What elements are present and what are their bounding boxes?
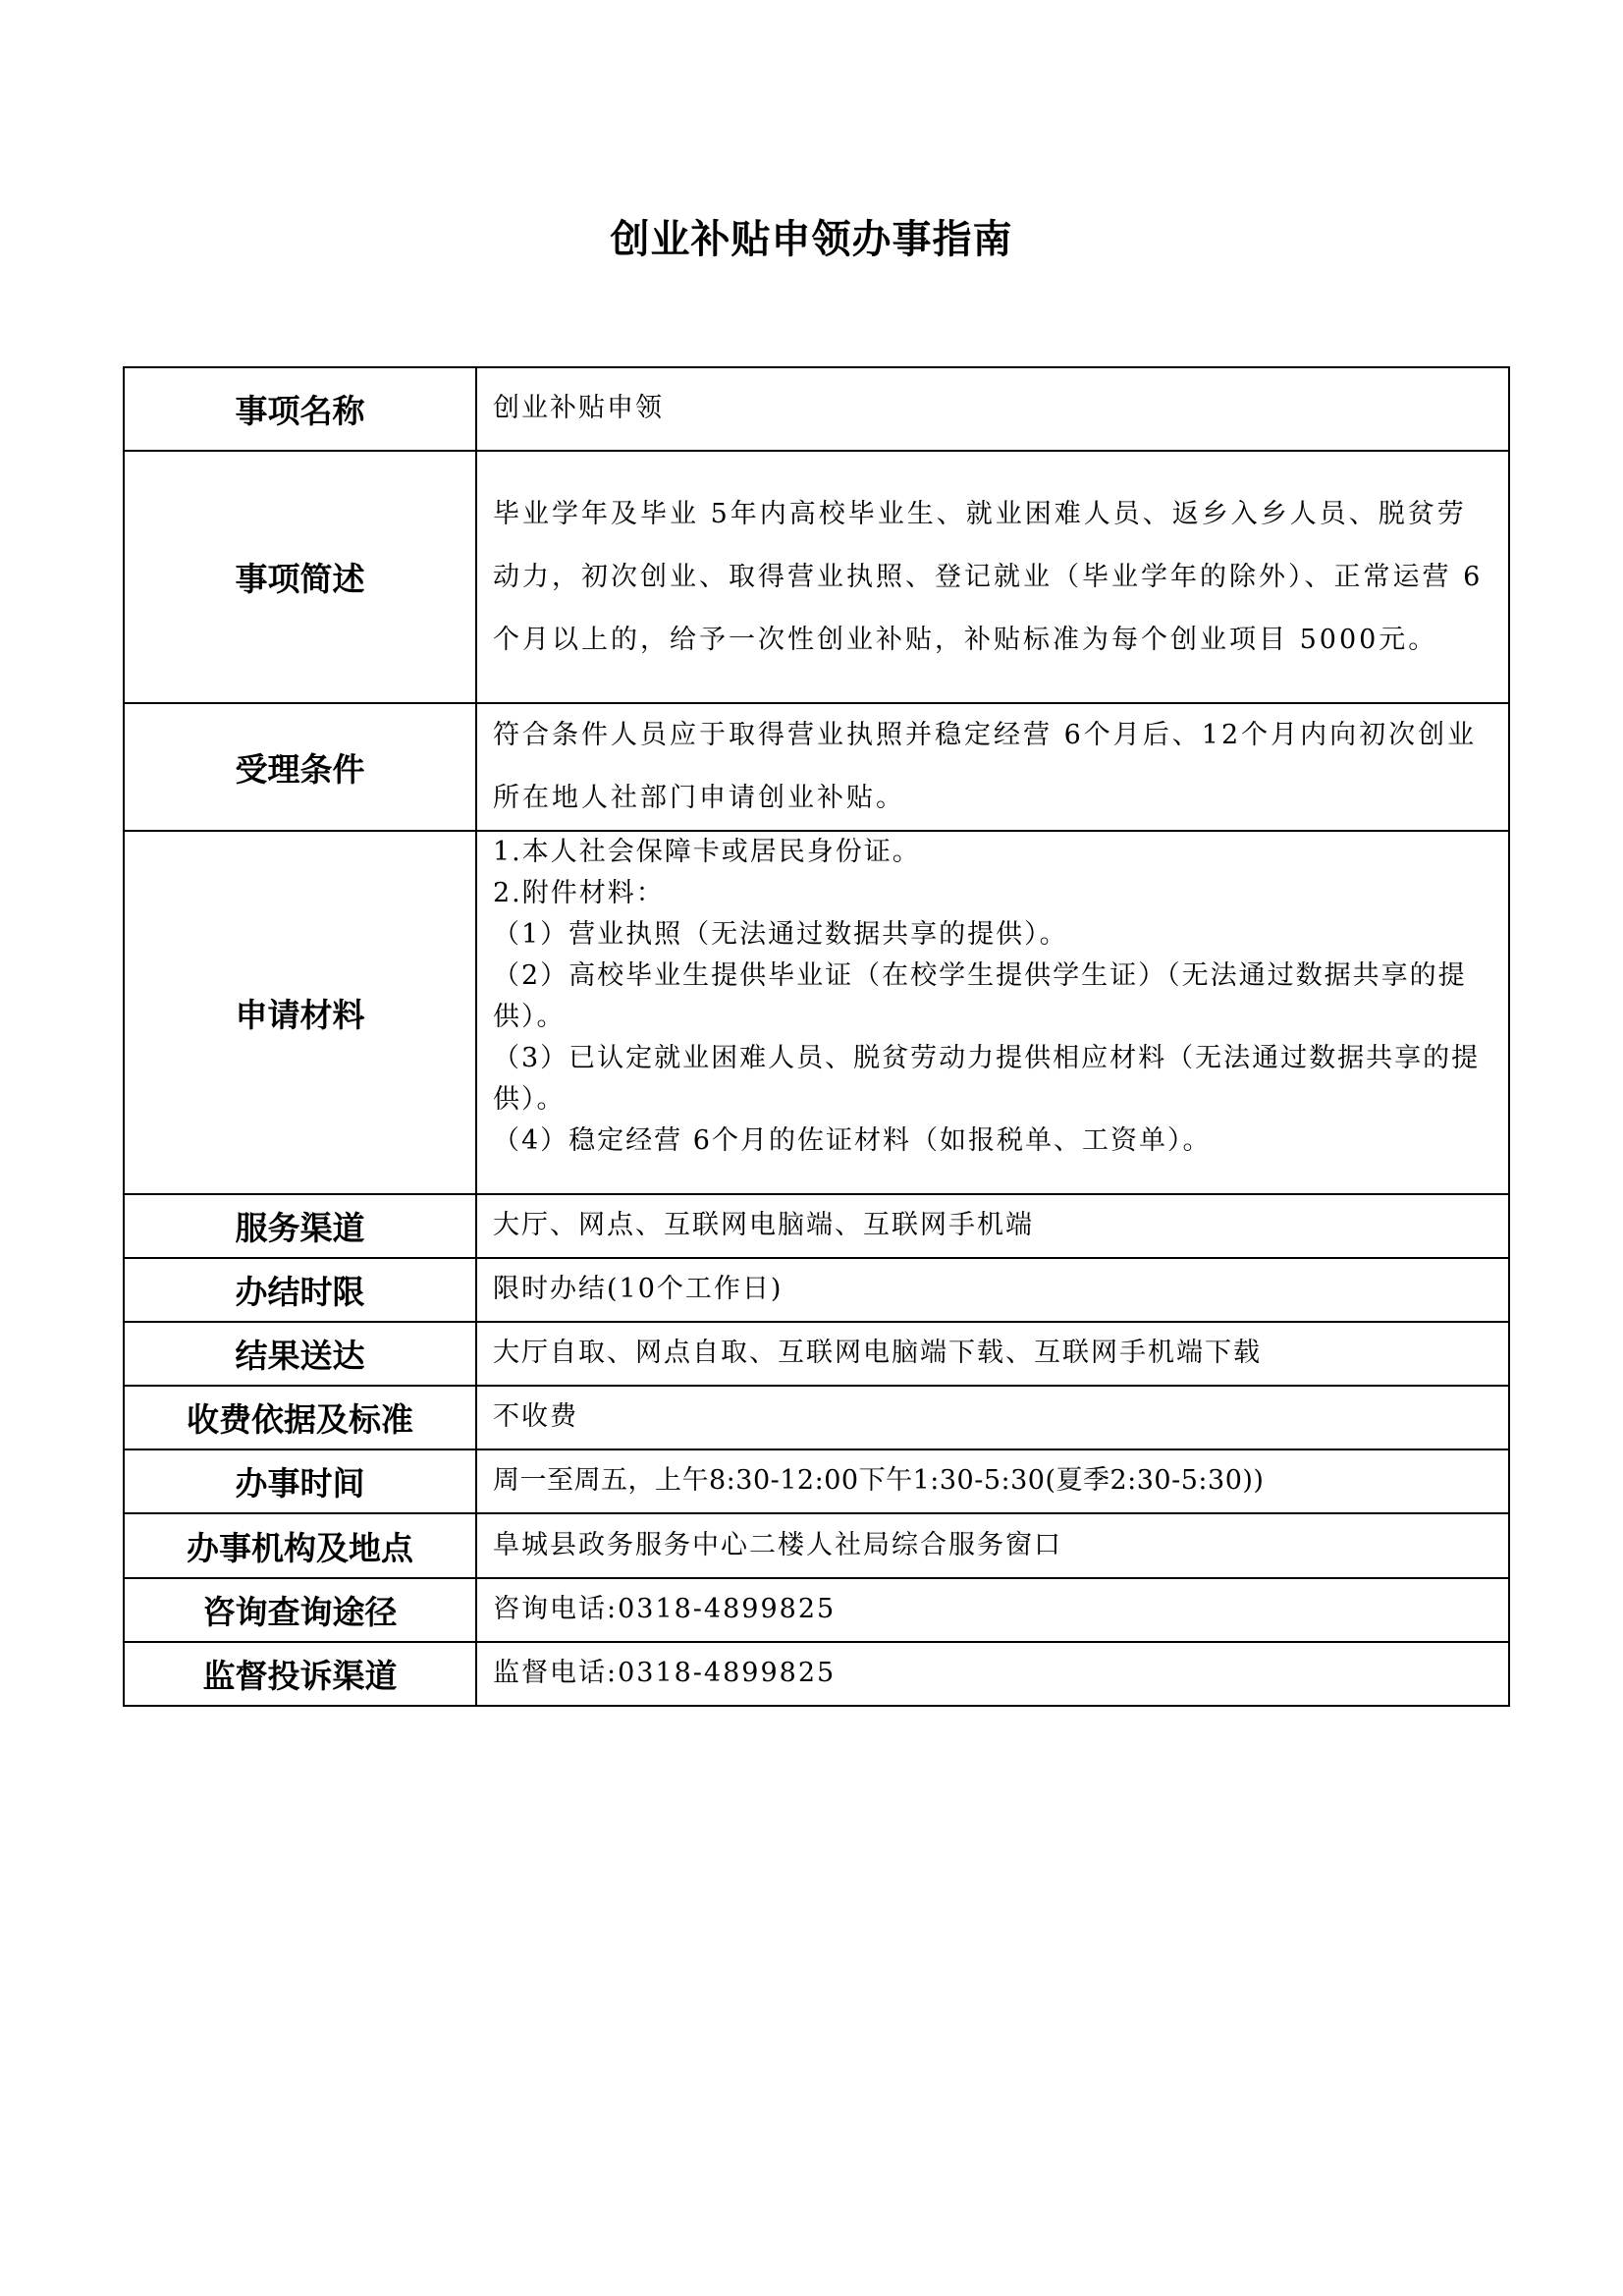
row-label: 事项名称 xyxy=(124,367,476,451)
table-row-item-name: 事项名称 创业补贴申领 xyxy=(124,367,1509,451)
table-row-time-limit: 办结时限 限时办结(10个工作日) xyxy=(124,1258,1509,1322)
table-row-fees: 收费依据及标准 不收费 xyxy=(124,1386,1509,1449)
table-row-office-location: 办事机构及地点 阜城县政务服务中心二楼人社局综合服务窗口 xyxy=(124,1513,1509,1578)
row-value: 毕业学年及毕业 5年内高校毕业生、就业困难人员、返乡入乡人员、脱贫劳动力，初次创… xyxy=(476,451,1509,703)
material-line: （1）营业执照（无法通过数据共享的提供）。 xyxy=(493,914,1494,956)
row-label: 服务渠道 xyxy=(124,1194,476,1258)
row-value: 限时办结(10个工作日) xyxy=(476,1258,1509,1322)
row-label: 结果送达 xyxy=(124,1322,476,1386)
row-value: 创业补贴申领 xyxy=(476,367,1509,451)
row-label: 受理条件 xyxy=(124,703,476,831)
row-value: 监督电话:0318-4899825 xyxy=(476,1642,1509,1706)
row-value: 咨询电话:0318-4899825 xyxy=(476,1578,1509,1642)
row-value: 周一至周五，上午8:30-12:00下午1:30-5:30(夏季2:30-5:3… xyxy=(476,1449,1509,1513)
row-value: 不收费 xyxy=(476,1386,1509,1449)
row-label: 申请材料 xyxy=(124,831,476,1194)
row-value: 大厅、网点、互联网电脑端、互联网手机端 xyxy=(476,1194,1509,1258)
material-line: （4）稳定经营 6个月的佐证材料（如报税单、工资单）。 xyxy=(493,1121,1494,1162)
material-line: 2.附件材料： xyxy=(493,873,1494,914)
table-row-application-materials: 申请材料 1.本人社会保障卡或居民身份证。 2.附件材料： （1）营业执照（无法… xyxy=(124,831,1509,1194)
row-label: 办事时间 xyxy=(124,1449,476,1513)
table-row-acceptance-conditions: 受理条件 符合条件人员应于取得营业执照并稳定经营 6个月后、12个月内向初次创业… xyxy=(124,703,1509,831)
material-line: （2）高校毕业生提供毕业证（在校学生提供学生证）（无法通过数据共享的提供）。 xyxy=(493,956,1494,1038)
row-value: 阜城县政务服务中心二楼人社局综合服务窗口 xyxy=(476,1513,1509,1578)
row-label: 监督投诉渠道 xyxy=(124,1642,476,1706)
row-label: 办结时限 xyxy=(124,1258,476,1322)
material-line: （3）已认定就业困难人员、脱贫劳动力提供相应材料（无法通过数据共享的提供）。 xyxy=(493,1038,1494,1121)
row-value: 大厅自取、网点自取、互联网电脑端下载、互联网手机端下载 xyxy=(476,1322,1509,1386)
table-row-office-hours: 办事时间 周一至周五，上午8:30-12:00下午1:30-5:30(夏季2:3… xyxy=(124,1449,1509,1513)
table-row-item-summary: 事项简述 毕业学年及毕业 5年内高校毕业生、就业困难人员、返乡入乡人员、脱贫劳动… xyxy=(124,451,1509,703)
table-row-complaints: 监督投诉渠道 监督电话:0318-4899825 xyxy=(124,1642,1509,1706)
row-label: 办事机构及地点 xyxy=(124,1513,476,1578)
row-value: 符合条件人员应于取得营业执照并稳定经营 6个月后、12个月内向初次创业所在地人社… xyxy=(476,703,1509,831)
service-guide-table: 事项名称 创业补贴申领 事项简述 毕业学年及毕业 5年内高校毕业生、就业困难人员… xyxy=(123,366,1510,1707)
row-label: 收费依据及标准 xyxy=(124,1386,476,1449)
document-title: 创业补贴申领办事指南 xyxy=(0,208,1623,264)
row-label: 咨询查询途径 xyxy=(124,1578,476,1642)
row-label: 事项简述 xyxy=(124,451,476,703)
table-row-service-channels: 服务渠道 大厅、网点、互联网电脑端、互联网手机端 xyxy=(124,1194,1509,1258)
table-row-inquiry: 咨询查询途径 咨询电话:0318-4899825 xyxy=(124,1578,1509,1642)
row-value-list: 1.本人社会保障卡或居民身份证。 2.附件材料： （1）营业执照（无法通过数据共… xyxy=(476,831,1509,1194)
table-row-result-delivery: 结果送达 大厅自取、网点自取、互联网电脑端下载、互联网手机端下载 xyxy=(124,1322,1509,1386)
material-line: 1.本人社会保障卡或居民身份证。 xyxy=(493,832,1494,873)
